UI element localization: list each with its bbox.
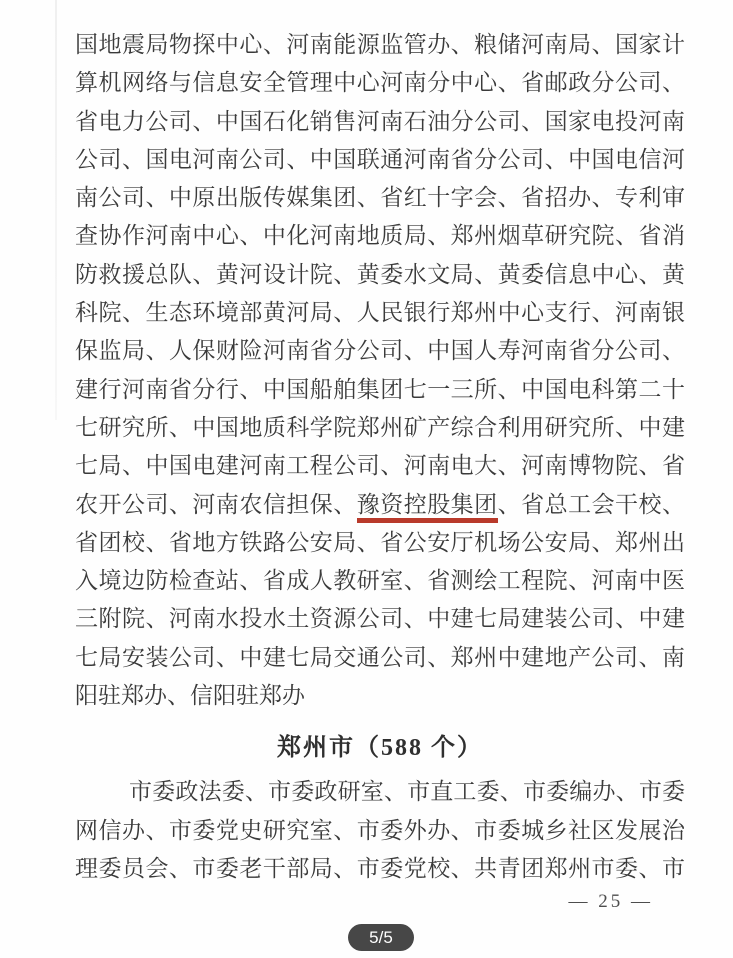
text-line: 科院、生态环境部黄河局、人民银行郑州中心支行、河南银	[75, 294, 685, 332]
text-line: 七研究所、中国地质科学院郑州矿产综合利用研究所、中建	[75, 409, 685, 447]
text-line: 阳驻郑办、信阳驻郑办	[75, 677, 685, 715]
text-line: 公司、国电河南公司、中国联通河南省分公司、中国电信河	[75, 141, 685, 179]
text-line: 查协作河南中心、中化河南地质局、郑州烟草研究院、省消	[75, 217, 685, 255]
text-line: 算机网络与信息安全管理中心河南分中心、省邮政分公司、	[75, 64, 685, 102]
text-line: 网信办、市委党史研究室、市委外办、市委城乡社区发展治	[75, 812, 685, 850]
text-segment: 农开公司、河南农信担保、	[75, 492, 357, 517]
text-line: 入境边防检查站、省成人教研室、省测绘工程院、河南中医	[75, 562, 685, 600]
text-line: 保监局、人保财险河南省分公司、中国人寿河南省分公司、	[75, 332, 685, 370]
text-line: 国地震局物探中心、河南能源监管办、粮储河南局、国家计	[75, 26, 685, 64]
body-text: 国地震局物探中心、河南能源监管办、粮储河南局、国家计 算机网络与信息安全管理中心…	[75, 26, 685, 888]
text-line: 七局、中国电建河南工程公司、河南电大、河南博物院、省	[75, 447, 685, 485]
text-line: 理委员会、市委老干部局、市委党校、共青团郑州市委、市	[75, 850, 685, 888]
section-heading-zhengzhou: 郑州市（588 个）	[75, 731, 685, 765]
scanned-document-page: 国地震局物探中心、河南能源监管办、粮储河南局、国家计 算机网络与信息安全管理中心…	[0, 0, 733, 958]
text-line-with-highlight: 农开公司、河南农信担保、豫资控股集团、省总工会干校、	[75, 486, 685, 524]
text-line: 省电力公司、中国石化销售河南石油分公司、国家电投河南	[75, 103, 685, 141]
text-line: 建行河南省分行、中国船舶集团七一三所、中国电科第二十	[75, 371, 685, 409]
text-line: 南公司、中原出版传媒集团、省红十字会、省招办、专利审	[75, 179, 685, 217]
red-underlined-org-name: 豫资控股集团	[357, 492, 498, 523]
text-line: 市委政法委、市委政研室、市直工委、市委编办、市委	[75, 773, 685, 811]
text-line: 防救援总队、黄河设计院、黄委水文局、黄委信息中心、黄	[75, 256, 685, 294]
page-number: — 25 —	[569, 891, 654, 913]
text-line: 七局安装公司、中建七局交通公司、郑州中建地产公司、南	[75, 639, 685, 677]
scan-fold-shading	[55, 0, 57, 420]
text-segment: 、省总工会干校、	[498, 492, 685, 517]
text-line: 三附院、河南水投水土资源公司、中建七局建装公司、中建	[75, 600, 685, 638]
page-indicator-badge: 5/5	[348, 924, 414, 951]
text-line: 省团校、省地方铁路公安局、省公安厅机场公安局、郑州出	[75, 524, 685, 562]
